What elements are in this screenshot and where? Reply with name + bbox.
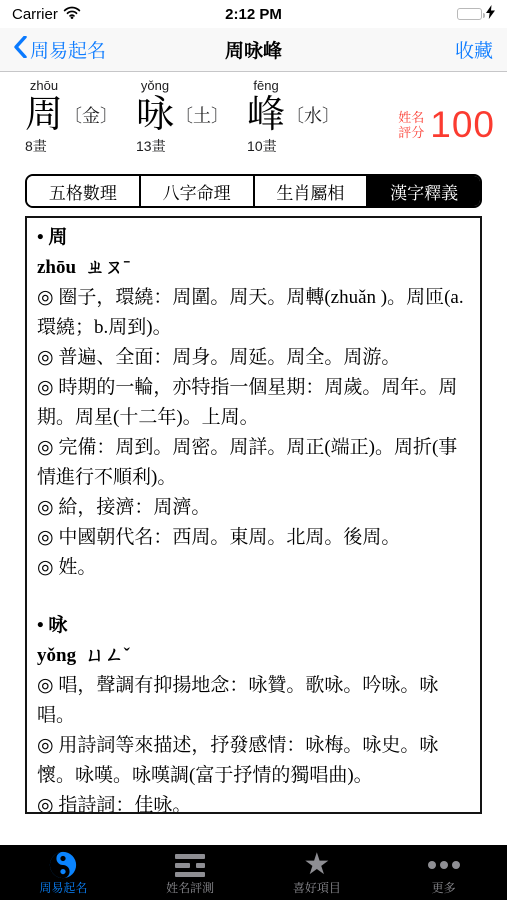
status-left: Carrier <box>12 6 81 23</box>
tabbar-item-name-evaluation[interactable]: 姓名評測 <box>127 845 254 900</box>
character: 周 <box>25 93 63 137</box>
element-label: 〔土〕 <box>174 102 229 128</box>
definition-item: ◎ 給，接濟：周濟。 <box>37 493 470 523</box>
carrier-label: Carrier <box>12 6 58 23</box>
character: 咏 <box>136 93 174 137</box>
element-label: 〔水〕 <box>285 102 340 128</box>
pinyin-label: fēng <box>247 78 285 93</box>
strokes-label: 10畫 <box>247 137 285 155</box>
score-value: 100 <box>430 104 495 146</box>
name-card: zhōu 周 〔金〕 8畫 yǒng 咏 〔土〕 13畫 fēng 峰 〔水〕 … <box>0 72 507 170</box>
section-heading: • 周 <box>37 223 470 253</box>
star-icon: ★ <box>303 850 330 880</box>
analysis-tabs: 五格數理 八字命理 生肖屬相 漢字釋義 <box>25 174 482 208</box>
section-heading: • 咏 <box>37 611 470 641</box>
status-bar: Carrier 2:12 PM <box>0 0 507 28</box>
definition-item: ◎ 時期的一輪，亦特指一個星期：周歲。周年。周期。周星(十二年)。上周。 <box>37 373 470 433</box>
tabbar-item-favorites[interactable]: ★ 喜好項目 <box>254 845 381 900</box>
tabbar-item-naming[interactable]: 周易起名 <box>0 845 127 900</box>
score-label: 姓名 評分 <box>398 110 424 140</box>
definition-section-zhou: • 周 zhōu ㄓㄡˉ ◎ 圈子，環繞：周圍。周天。周轉(zhuǎn )。周匝… <box>37 223 470 583</box>
favorite-button[interactable]: 收藏 <box>455 36 493 63</box>
definition-item: ◎ 唱，聲調有抑揚地念：咏贊。歌咏。吟咏。咏唱。 <box>37 671 470 731</box>
tab-shengxiao-shuxiang[interactable]: 生肖屬相 <box>253 176 367 206</box>
tab-hanzi-shiyi[interactable]: 漢字釋義 <box>366 176 480 206</box>
back-label: 周易起名 <box>30 36 106 63</box>
bottom-tab-bar: 周易起名 姓名評測 ★ 喜好項目 更多 <box>0 845 507 900</box>
definition-item: ◎ 中國朝代名：西周。東周。北周。後周。 <box>37 523 470 553</box>
definition-item: ◎ 指詩詞：佳咏。 <box>37 791 470 814</box>
definition-item: ◎ 圈子，環繞：周圍。周天。周轉(zhuǎn )。周匝(a.環繞；b.周到)。 <box>37 283 470 343</box>
pinyin-label: yǒng <box>136 78 174 93</box>
name-score: 姓名 評分 100 <box>398 104 495 146</box>
tab-bazi-mingli[interactable]: 八字命理 <box>139 176 253 206</box>
tabbar-label: 喜好項目 <box>293 882 341 895</box>
tabbar-label: 周易起名 <box>39 882 87 895</box>
battery-icon <box>457 8 482 20</box>
section-pronunciation: zhōu ㄓㄡˉ <box>37 253 470 283</box>
back-button[interactable]: 周易起名 <box>14 36 106 64</box>
tabbar-label: 更多 <box>432 882 456 895</box>
name-char-surname: zhōu 周 〔金〕 8畫 <box>25 78 118 170</box>
nav-bar: 周易起名 周咏峰 收藏 <box>0 28 507 72</box>
section-pronunciation: yǒng ㄩㄥˇ <box>37 641 470 671</box>
definition-item: ◎ 普遍、全面：周身。周延。周全。周游。 <box>37 343 470 373</box>
tabbar-item-more[interactable]: 更多 <box>380 845 507 900</box>
character: 峰 <box>247 93 285 137</box>
definition-item: ◎ 完備：周到。周密。周詳。周正(端正)。周折(事情進行不順利)。 <box>37 433 470 493</box>
status-right <box>457 5 495 23</box>
strokes-label: 13畫 <box>136 137 174 155</box>
strokes-label: 8畫 <box>25 137 63 155</box>
wifi-icon <box>63 6 81 23</box>
element-label: 〔金〕 <box>63 102 118 128</box>
definitions-panel[interactable]: • 周 zhōu ㄓㄡˉ ◎ 圈子，環繞：周圍。周天。周轉(zhuǎn )。周匝… <box>25 216 482 814</box>
definition-item: ◎ 姓。 <box>37 553 470 583</box>
name-char-middle: yǒng 咏 〔土〕 13畫 <box>136 78 229 170</box>
definition-section-yong: • 咏 yǒng ㄩㄥˇ ◎ 唱，聲調有抑揚地念：咏贊。歌咏。吟咏。咏唱。 ◎ … <box>37 611 470 814</box>
charging-bolt-icon <box>486 5 495 23</box>
name-char-last: fēng 峰 〔水〕 10畫 <box>247 78 340 170</box>
definition-item: ◎ 用詩詞等來描述，抒發感情：咏梅。咏史。咏懷。咏嘆。咏嘆調(富于抒情的獨唱曲)… <box>37 731 470 791</box>
pinyin-label: zhōu <box>25 78 63 93</box>
more-dots-icon <box>428 850 460 880</box>
yinyang-icon <box>49 850 77 880</box>
tab-wuge-shuli[interactable]: 五格數理 <box>27 176 139 206</box>
hexagram-icon <box>175 850 205 880</box>
tabbar-label: 姓名評測 <box>166 882 214 895</box>
back-chevron-icon <box>14 36 27 64</box>
